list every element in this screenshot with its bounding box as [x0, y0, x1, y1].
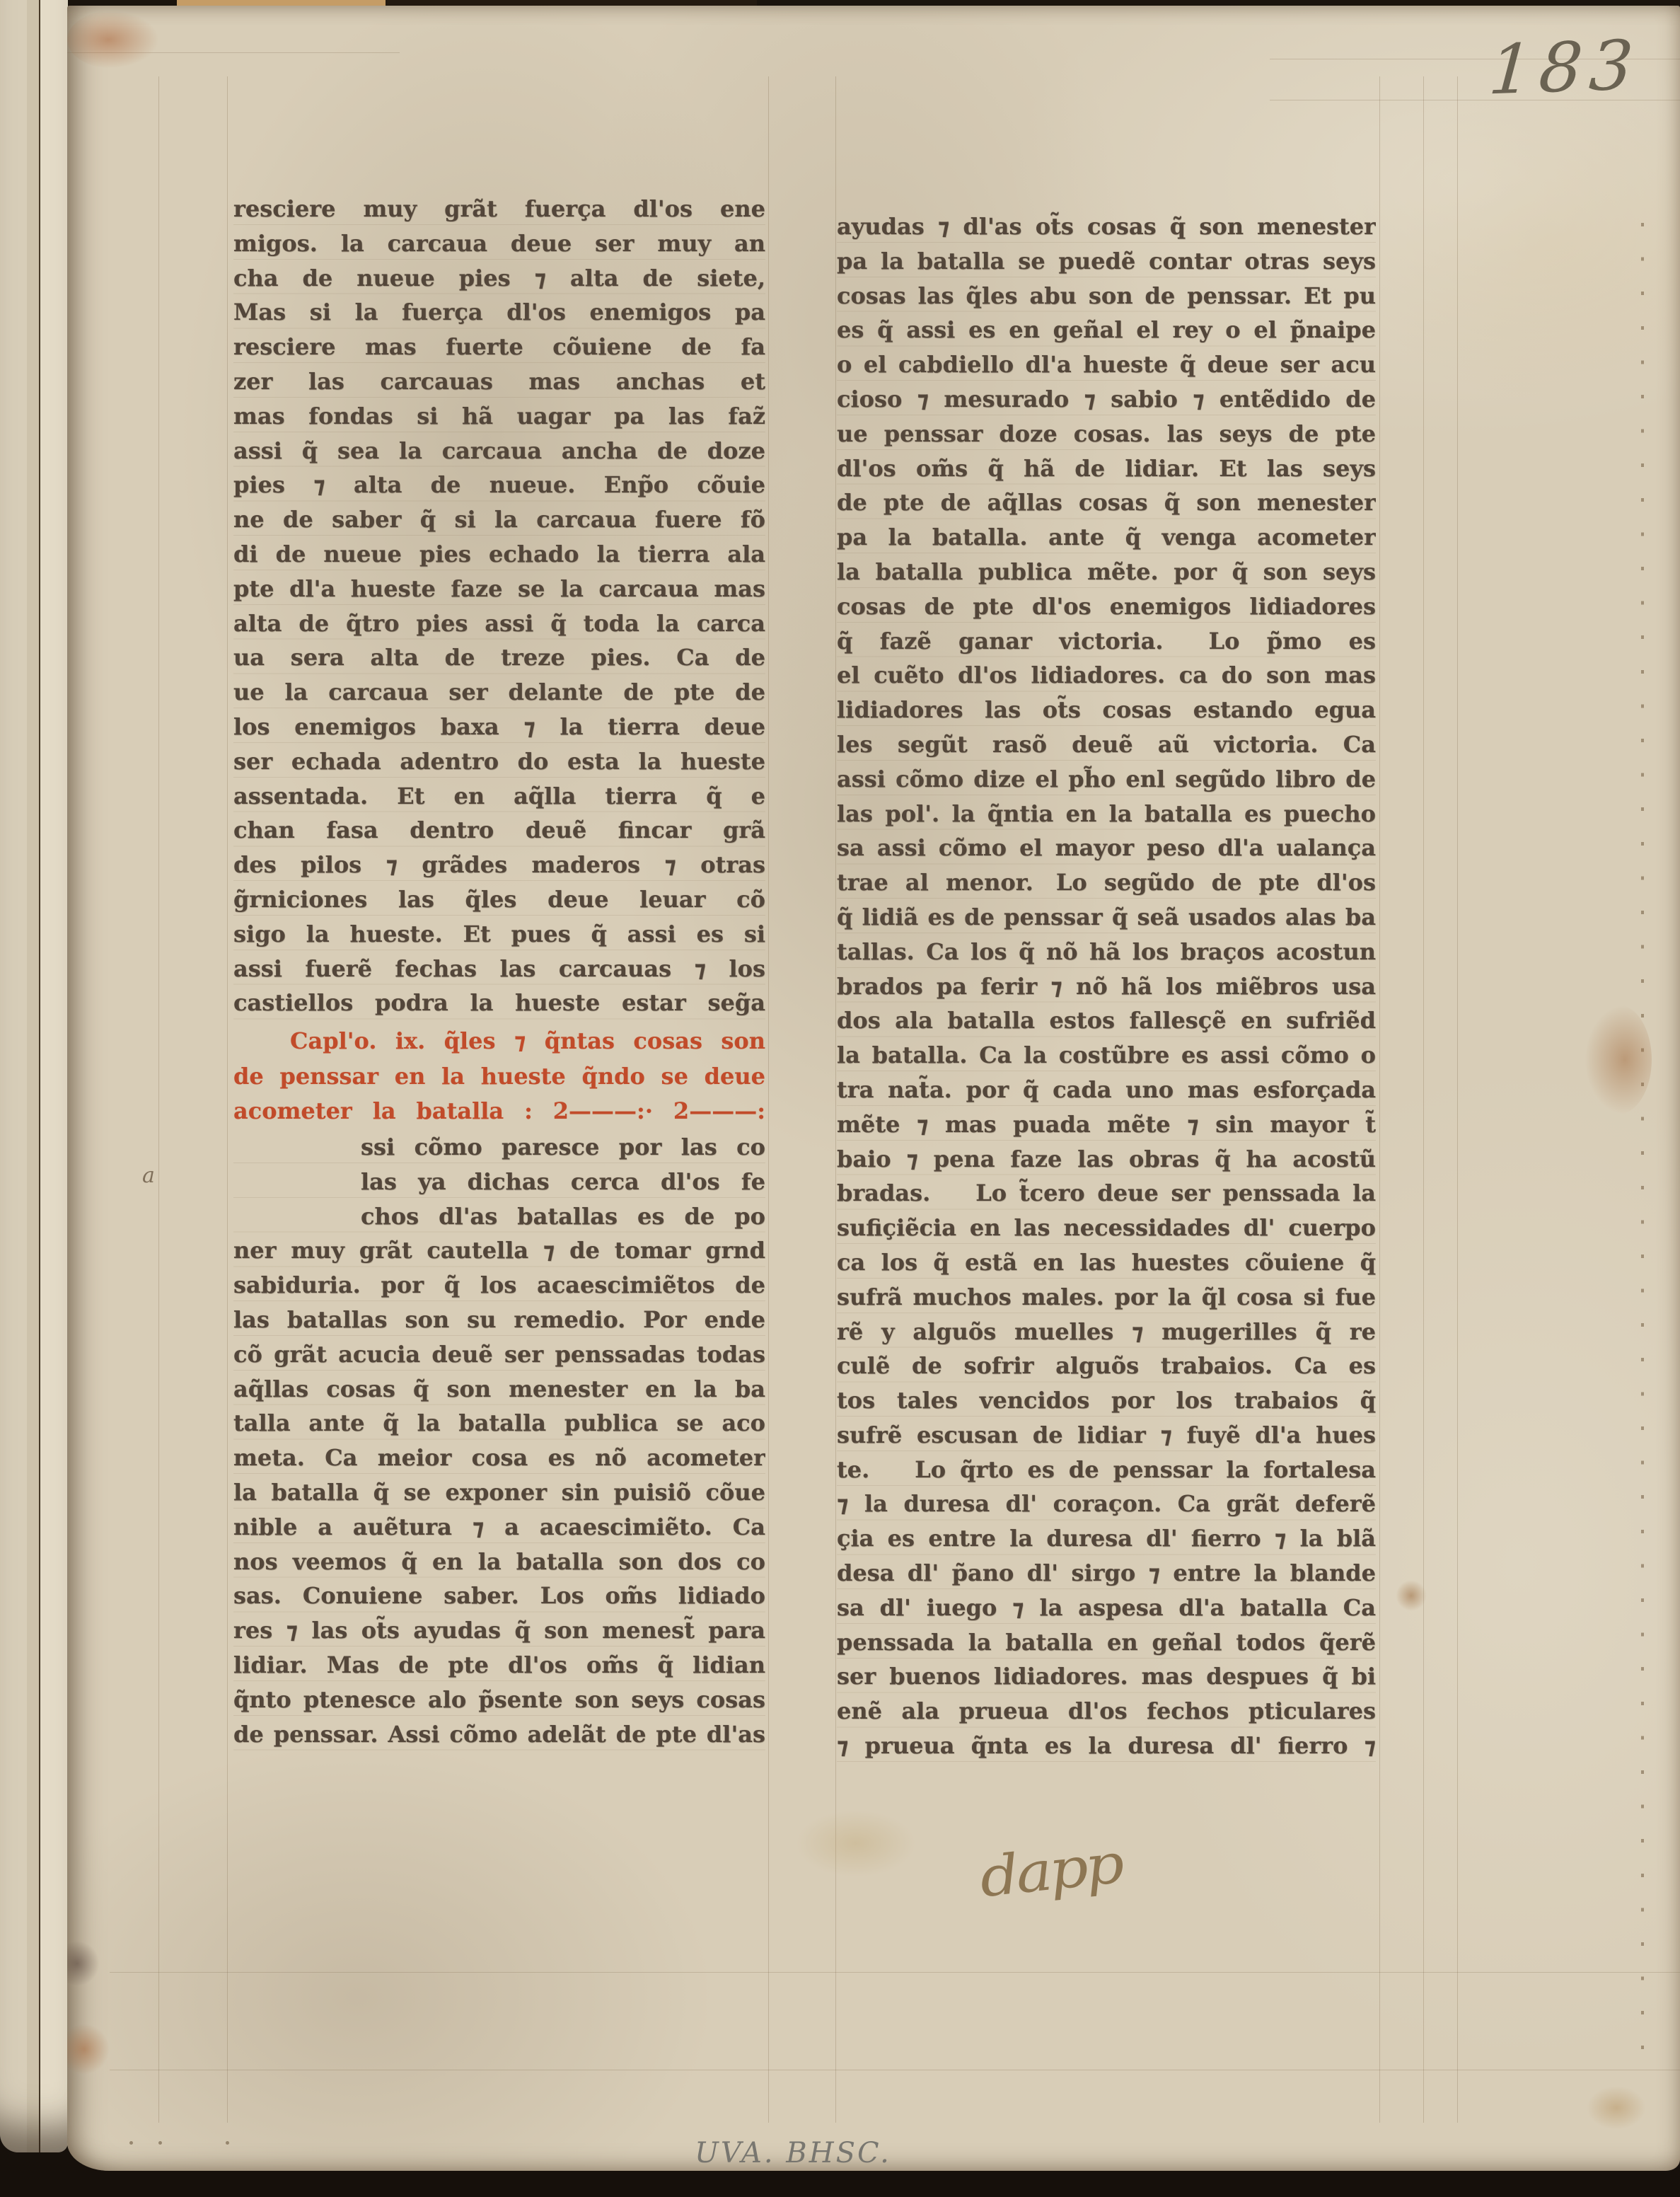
rubric-line: de penssar en la hueste q̃ndo se deue	[233, 1060, 765, 1095]
right-column-text: ayudas ⁊ dl'as ot̃s cosas q̃ son meneste…	[837, 210, 1376, 1764]
text-line: resciere mas fuerte cõuiene de fa	[233, 330, 765, 365]
text-line: cosas de pte dl'os enemigos lidiadores	[837, 590, 1376, 625]
text-line: dl'os om̃s q̃ hã de lidiar. Et las seys	[837, 452, 1376, 487]
text-line: nos veemos q̃ en la batalla son dos co	[233, 1545, 765, 1580]
text-line: nible a auẽtura ⁊ a acaescimiẽto. Ca	[233, 1511, 765, 1545]
text-line: de pte de aq̃llas cosas q̃ son menester	[837, 486, 1376, 521]
text-line: g̃rniciones las q̃les deue leuar cõ	[233, 883, 765, 918]
pricking-hole	[158, 2141, 162, 2145]
left-column-text: resciere muy grãt fuerça dl'os enemigos.…	[233, 192, 765, 1021]
text-line: sa dl' iuego ⁊ la aspesa dl'a batalla Ca	[837, 1591, 1376, 1626]
text-line: assi q̃ sea la carcaua ancha de doze	[233, 434, 765, 469]
pricking-hole	[226, 2141, 229, 2145]
text-line: cosas las q̃les abu son de penssar. Et p…	[837, 279, 1376, 314]
text-line: lidiar. Mas de pte dl'os om̃s q̃ lidian	[233, 1649, 765, 1683]
parchment-stain	[67, 2024, 110, 2075]
text-line: sabiduria. por q̃ los acaescimiẽtos de	[233, 1269, 765, 1303]
text-line: la batalla q̃ se exponer sin puisiõ cõue	[233, 1476, 765, 1511]
text-line: ssi cõmo paresce por las co	[233, 1131, 765, 1165]
text-line: cõ grãt acucia deuẽ ser penssadas todas	[233, 1338, 765, 1373]
pricking-holes-column	[1641, 223, 1644, 2063]
text-line: mẽte ⁊ mas puada mẽte ⁊ sin mayor t̃	[837, 1108, 1376, 1143]
text-line: tallas. Ca los q̃ nõ hã los braços acost…	[837, 935, 1376, 970]
ruling-vertical-line	[227, 76, 228, 2123]
text-line: talla ante q̃ la batalla publica se aco	[233, 1407, 765, 1441]
text-line: brados pa ferir ⁊ nõ hã los miẽbros usa	[837, 970, 1376, 1005]
folio-number: 183	[1486, 23, 1680, 110]
text-line: pa la batalla. ante q̃ venga acometer	[837, 521, 1376, 555]
margin-guide-letter: a	[142, 1163, 155, 1188]
text-line: los enemigos baxa ⁊ la tierra deue	[233, 710, 765, 745]
text-line: des pilos ⁊ grãdes maderos ⁊ otras	[233, 848, 765, 883]
text-line: di de nueue pies echado la tierra ala	[233, 538, 765, 572]
text-line: sa assi cõmo el mayor peso dl'a ualança	[837, 831, 1376, 866]
text-line: assentada. Et en aq̃lla tierra q̃ e	[233, 780, 765, 814]
text-line: desa dl' p̃ano dl' sirgo ⁊ entre la blan…	[837, 1557, 1376, 1591]
text-line: les segũt rasõ deuẽ aũ victoria. Ca	[837, 728, 1376, 763]
text-line: la batalla publica mẽte. por q̃ son seys	[837, 555, 1376, 590]
parchment-stain	[1587, 2086, 1646, 2130]
left-column-continuation: ssi cõmo paresce por las colas ya dichas…	[233, 1131, 765, 1752]
text-line: las pol'. la q̃ntia en la batalla es pue…	[837, 797, 1376, 832]
text-line: rẽ y alguõs muelles ⁊ mugerilles q̃ re	[837, 1315, 1376, 1350]
parchment-stain	[67, 1941, 100, 1986]
text-line: ne de saber q̃ si la carcaua fuere fõ	[233, 503, 765, 538]
text-line: de penssar. Assi cõmo adelãt de pte dl'a…	[233, 1718, 765, 1753]
text-line: ser echada adentro do esta la hueste	[233, 745, 765, 780]
text-line: sufiçiẽcia en las necessidades dl' cuerp…	[837, 1211, 1376, 1246]
text-line: el cuẽto dl'os lidiadores. ca do son mas	[837, 659, 1376, 693]
text-line: ua sera alta de treze pies. Ca de	[233, 641, 765, 676]
text-line: ayudas ⁊ dl'as ot̃s cosas q̃ son meneste…	[837, 210, 1376, 245]
text-line: castiellos podra la hueste estar seg̃a	[233, 986, 765, 1021]
ruling-vertical-line	[1457, 76, 1458, 2123]
text-line: q̃ lidiã es de penssar q̃ seã usados ala…	[837, 901, 1376, 935]
text-line: Mas si la fuerça dl'os enemigos pa	[233, 296, 765, 330]
text-line: assi cõmo dize el ph̃o enl segũdo libro …	[837, 763, 1376, 797]
text-line: aq̃llas cosas q̃ son menester en la ba	[233, 1373, 765, 1407]
text-line: ser buenos lidiadores. mas despues q̃ bi	[837, 1660, 1376, 1695]
ruling-vertical-line	[768, 76, 769, 2123]
text-line: enẽ ala prueua dl'os fechos pticulares	[837, 1695, 1376, 1729]
ruling-vertical-line	[1423, 76, 1424, 2123]
text-line: q̃ fazẽ ganar victoria. Lo p̃mo es	[837, 625, 1376, 659]
text-line: ner muy grãt cautella ⁊ de tomar grnd	[233, 1234, 765, 1269]
text-line: penssada la batalla en geñal todos q̃erẽ	[837, 1626, 1376, 1661]
text-line: chan fasa dentro deuẽ fincar grã	[233, 814, 765, 848]
ruling-vertical-line	[158, 76, 159, 2123]
text-line: lidiadores las ot̃s cosas estando egua	[837, 693, 1376, 728]
text-line: çia es entre la duresa dl' fierro ⁊ la b…	[837, 1522, 1376, 1557]
text-line: ca los q̃ estã en las huestes cõuiene q̃	[837, 1246, 1376, 1281]
text-line: pte dl'a hueste faze se la carcaua mas	[233, 572, 765, 607]
shelfmark-caption: UVA. BHSC. Ms.251	[644, 2137, 942, 2171]
text-line: la batalla. Ca la costũbre es assi cõmo …	[837, 1039, 1376, 1073]
rubric-line: acometer la batalla : 2———:· 2———:	[233, 1095, 765, 1130]
parchment-stain	[67, 11, 159, 69]
text-line: sufrã muchos males. por la q̃l cosa si f…	[837, 1281, 1376, 1315]
left-text-column: resciere muy grãt fuerça dl'os enemigos.…	[233, 6, 765, 2171]
text-line: sigo la hueste. Et pues q̃ assi es si	[233, 918, 765, 952]
text-line: ue la carcaua ser delante de pte de	[233, 676, 765, 710]
pricking-hole	[129, 2141, 133, 2145]
text-line: zer las carcauas mas anchas et	[233, 365, 765, 400]
text-line: bradas. Lo t̃cero deue ser penssada la	[837, 1177, 1376, 1211]
text-line: cha de nueue pies ⁊ alta de siete,	[233, 262, 765, 296]
text-line: mas fondas si hã uagar pa las faz̃	[233, 400, 765, 434]
text-line: tra nat̃a. por q̃ cada uno mas esforçada	[837, 1073, 1376, 1108]
manuscript-photo: 183 resciere muy grãt fuerça dl'os enemi…	[0, 0, 1680, 2197]
chapter-rubric: Capl'o. ix. q̃les ⁊ q̃ntas cosas sonde p…	[233, 1025, 765, 1130]
text-line: pa la batalla se puedẽ contar otras seys	[837, 245, 1376, 279]
parchment-stain	[1585, 1005, 1652, 1114]
text-line: sas. Conuiene saber. Los om̃s lidiado	[233, 1579, 765, 1614]
text-line: trae al menor. Lo segũdo de pte dl'os	[837, 866, 1376, 901]
text-line: culẽ de sofrir alguõs trabaios. Ca es	[837, 1349, 1376, 1384]
text-line: es q̃ assi es en geñal el rey o el p̃nai…	[837, 313, 1376, 348]
text-line: q̃nto ptenesce alo p̃sente son seys cosa…	[233, 1683, 765, 1718]
text-line: dos ala batalla estos fallesçẽ en sufriẽ…	[837, 1004, 1376, 1039]
text-line: ⁊ prueua q̃nta es la duresa dl' fierro ⁊	[837, 1729, 1376, 1764]
text-line: pies ⁊ alta de nueue. Enp̃o cõuie	[233, 468, 765, 503]
text-line: chos dl'as batallas es de po	[233, 1200, 765, 1235]
text-line: te. Lo q̃rto es de penssar la fortalesa	[837, 1453, 1376, 1488]
text-line: baio ⁊ pena faze las obras q̃ ha acostũ	[837, 1143, 1376, 1177]
text-line: tos tales vencidos por los trabaios q̃	[837, 1384, 1376, 1419]
text-line: o el cabdiello dl'a hueste q̃ deue ser a…	[837, 348, 1376, 383]
text-line: cioso ⁊ mesurado ⁊ sabio ⁊ entẽdido de	[837, 383, 1376, 417]
text-line: las batallas son su remedio. Por ende	[233, 1303, 765, 1338]
text-line: ⁊ la duresa dl' coraçon. Ca grãt deferẽ	[837, 1487, 1376, 1522]
text-line: assi fuerẽ fechas las carcauas ⁊ los	[233, 952, 765, 987]
text-line: resciere muy grãt fuerça dl'os ene	[233, 192, 765, 227]
text-line: sufrẽ escusan de lidiar ⁊ fuyẽ dl'a hues	[837, 1419, 1376, 1453]
text-line: res ⁊ las ot̃s ayudas q̃ son menest̃ par…	[233, 1614, 765, 1649]
ruling-vertical-line	[1379, 76, 1380, 2123]
text-line: ue penssar doze cosas. las seys de pte	[837, 417, 1376, 452]
text-line: migos. la carcaua deue ser muy an	[233, 227, 765, 262]
parchment-stain	[1396, 1580, 1427, 1611]
text-line: las ya dichas cerca dl'os fe	[233, 1165, 765, 1200]
facing-page-edge	[0, 0, 68, 2152]
text-line: alta de q̃tro pies assi q̃ toda la carca	[233, 607, 765, 642]
text-line: meta. Ca meior cosa es nõ acometer	[233, 1441, 765, 1476]
manuscript-page: 183 resciere muy grãt fuerça dl'os enemi…	[67, 6, 1680, 2171]
rubric-line: Capl'o. ix. q̃les ⁊ q̃ntas cosas son	[233, 1025, 765, 1060]
